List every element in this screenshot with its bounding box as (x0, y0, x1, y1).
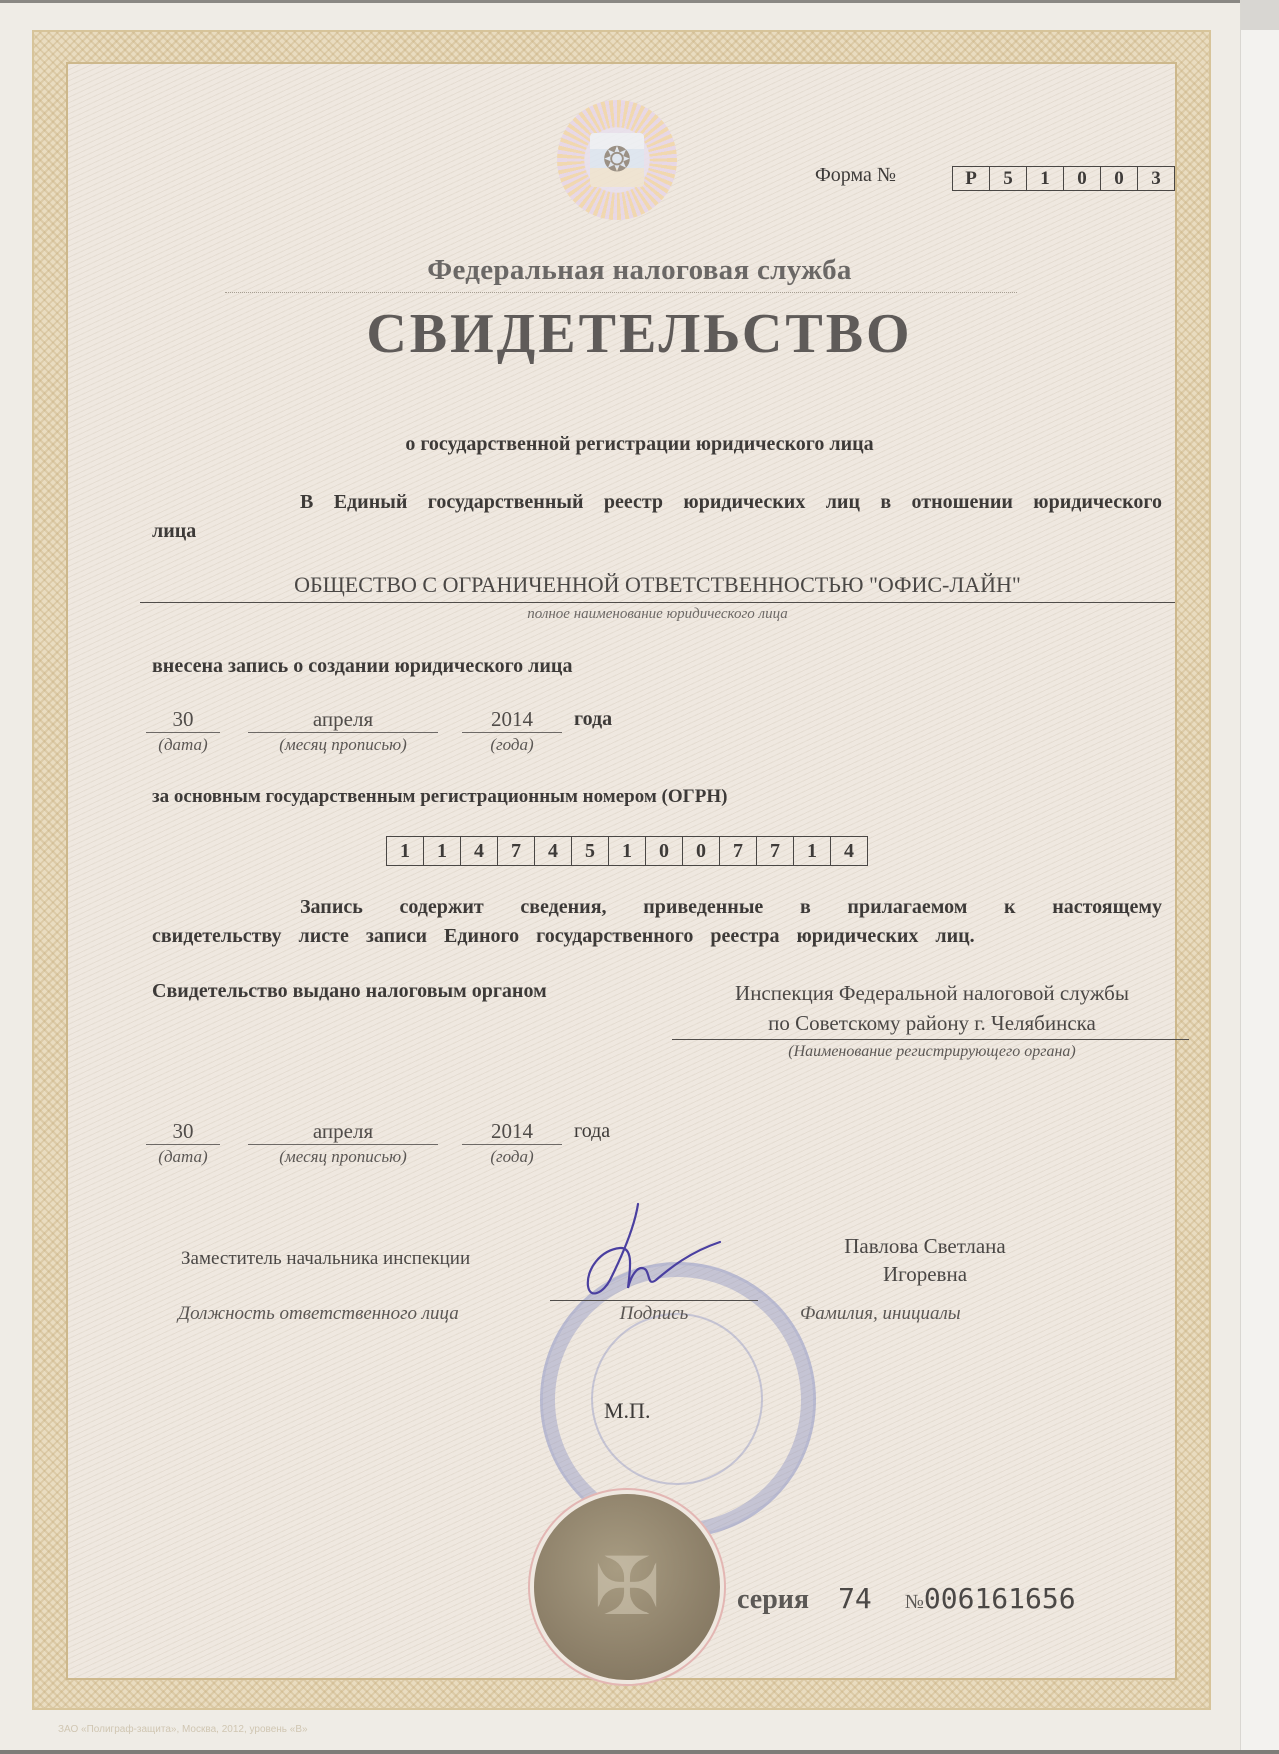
ogrn-digit: 1 (423, 837, 460, 865)
issuing-authority-line1: Инспекция Федеральной налоговой службы (672, 978, 1192, 1008)
form-code-cell: 0 (1100, 167, 1137, 190)
entry-date-month: апреля (месяц прописью) (248, 706, 438, 755)
entry-date-day: 30 (дата) (146, 706, 220, 755)
company-name-caption: полное наименование юридического лица (140, 606, 1175, 623)
scan-edge-bottom (0, 1750, 1279, 1754)
issue-month-caption: (месяц прописью) (248, 1147, 438, 1167)
printer-imprint: ЗАО «Полиграф-защита», Москва, 2012, уро… (58, 1724, 308, 1735)
entry-statement: внесена запись о создании юридического л… (152, 655, 572, 678)
issue-year-value: 2014 (462, 1118, 562, 1145)
double-headed-eagle-icon: ❂ (590, 133, 644, 187)
blank-number-value: 006161656 (924, 1582, 1076, 1615)
ogrn-digit: 0 (645, 837, 682, 865)
entry-day-value: 30 (146, 706, 220, 733)
blank-series-number: серия 74 №006161656 (737, 1582, 1076, 1616)
number-sign: № (905, 1591, 924, 1613)
issuing-authority-line2: по Советскому району г. Челябинска (672, 1008, 1192, 1038)
gold-seal-icon: ✠ (534, 1494, 720, 1680)
entry-year-value: 2014 (462, 706, 562, 733)
record-note-paragraph: Запись содержит сведения, приведенные в … (152, 893, 1162, 951)
ogrn-digit: 4 (460, 837, 497, 865)
ogrn-digit: 4 (830, 837, 867, 865)
signature-caption: Подпись (550, 1303, 758, 1325)
signatory-name-caption: Фамилия, инициалы (800, 1303, 961, 1325)
ogrn-digit: 1 (793, 837, 830, 865)
issue-month-value: апреля (248, 1118, 438, 1145)
issue-date-year: 2014 (года) (462, 1118, 562, 1167)
signatory-name-line2: Игоревна (820, 1260, 1030, 1288)
ogrn-digit: 7 (497, 837, 534, 865)
signatory-position: Заместитель начальника инспекции (181, 1248, 470, 1270)
authority-caption: (Наименование регистрирующего органа) (672, 1043, 1192, 1061)
form-code-cell: 5 (989, 167, 1026, 190)
entry-date-suffix: года (574, 708, 612, 731)
form-code-cell: 3 (1137, 167, 1174, 190)
authority-underline (672, 1039, 1189, 1040)
company-name-underline (140, 602, 1175, 603)
issue-year-caption: (года) (462, 1147, 562, 1167)
form-code-cell: 1 (1026, 167, 1063, 190)
signatory-name-line1: Павлова Светлана (820, 1232, 1030, 1260)
company-name: ОБЩЕСТВО С ОГРАНИЧЕННОЙ ОТВЕТСТВЕННОСТЬЮ… (140, 572, 1175, 598)
issue-date-day: 30 (дата) (146, 1118, 220, 1167)
ogrn-digit: 5 (571, 837, 608, 865)
issue-date-month: апреля (месяц прописью) (248, 1118, 438, 1167)
hologram-emblem-icon: ❂ (557, 100, 677, 220)
document-subtitle: о государственной регистрации юридическо… (0, 433, 1279, 456)
ogrn-digit: 7 (756, 837, 793, 865)
ogrn-digit: 1 (387, 837, 423, 865)
ogrn-number-cells: 1 1 4 7 4 5 1 0 0 7 7 1 4 (386, 836, 868, 866)
series-value: 74 (838, 1582, 872, 1615)
stamp-place-label: М.П. (604, 1398, 650, 1424)
entry-date-year: 2014 (года) (462, 706, 562, 755)
issued-by-label: Свидетельство выдано налоговым органом (152, 980, 547, 1003)
record-note-text: Запись содержит сведения, приведенные в … (152, 896, 1162, 947)
form-code-cell: 0 (1063, 167, 1100, 190)
intro-paragraph: В Единый государственный реестр юридичес… (152, 488, 1162, 546)
signatory-name: Павлова Светлана Игоревна (820, 1232, 1030, 1288)
ogrn-digit: 4 (534, 837, 571, 865)
entry-year-caption: (года) (462, 735, 562, 755)
form-number-cells: Р 5 1 0 0 3 (952, 166, 1175, 191)
form-code-cell: Р (953, 167, 989, 190)
signatory-position-caption: Должность ответственного лица (178, 1303, 459, 1325)
document-title: СВИДЕТЕЛЬСТВО (0, 302, 1279, 366)
issue-day-caption: (дата) (146, 1147, 220, 1167)
ogrn-digit: 7 (719, 837, 756, 865)
ogrn-label: за основным государственным регистрацион… (152, 786, 727, 808)
entry-day-caption: (дата) (146, 735, 220, 755)
issue-date-suffix: года (574, 1120, 610, 1143)
signature-icon (560, 1200, 730, 1310)
series-label: серия (737, 1584, 809, 1615)
signature-underline (550, 1300, 758, 1301)
issuing-authority: Инспекция Федеральной налоговой службы п… (672, 978, 1192, 1038)
entry-month-caption: (месяц прописью) (248, 735, 438, 755)
entry-month-value: апреля (248, 706, 438, 733)
scan-edge-top (0, 0, 1279, 3)
intro-text: В Единый государственный реестр юридичес… (152, 491, 1162, 542)
ogrn-digit: 0 (682, 837, 719, 865)
seal-eagle-icon: ✠ (593, 1540, 660, 1634)
agency-title: Федеральная налоговая служба (0, 254, 1279, 287)
ogrn-digit: 1 (608, 837, 645, 865)
title-divider (225, 292, 1017, 293)
issue-day-value: 30 (146, 1118, 220, 1145)
form-number-label: Форма № (815, 164, 896, 187)
